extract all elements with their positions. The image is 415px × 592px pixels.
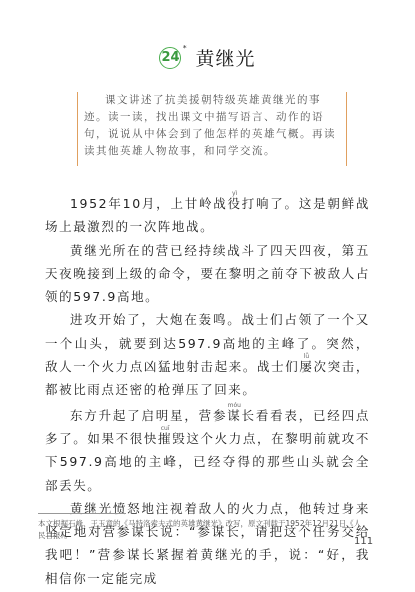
paragraph-3: 进攻开始了，大炮在轰鸣。战士们占领了一个又一个山头，就要到达597.9高地的主峰… bbox=[45, 308, 370, 401]
page-title: 黄继光 bbox=[195, 44, 255, 71]
annotated-char: 摧 bbox=[158, 431, 172, 446]
lesson-number-badge: 24 * bbox=[159, 47, 181, 69]
required-reading-star-icon: * bbox=[183, 44, 187, 52]
lesson-title: 24 * 黄继光 bbox=[0, 44, 415, 71]
annotated-char: 屡 bbox=[299, 359, 313, 374]
pinyin: cuī bbox=[158, 425, 172, 432]
paragraph-5: 黄继光愤怒地注视着敌人的火力点，他转过身来坚定地对营参谋长说：“参谋长，请把这个… bbox=[45, 497, 370, 590]
paragraph-2: 黄继光所在的营已经持续战斗了四天四夜，第五天夜晚接到上级的命令，要在黎明之前夺下… bbox=[45, 239, 370, 309]
paragraph-4: 东方升起了启明星，营参谋móu长看看表，已经四点多了。如果不很快摧cuī毁这个火… bbox=[45, 402, 370, 497]
reading-guide-box: 课文讲述了抗美援朝特级英雄黄继光的事迹。读一读，找出课文中描写语言、动作的语句，… bbox=[77, 92, 347, 166]
pinyin: móu bbox=[227, 402, 241, 409]
lesson-number: 24 bbox=[161, 50, 179, 65]
annotated-char: 谋 bbox=[227, 408, 241, 423]
pinyin: lǚ bbox=[299, 353, 313, 360]
text-span: 1952年10月，上甘岭战 bbox=[70, 196, 228, 211]
pinyin-annotation: 谋móu bbox=[227, 408, 241, 423]
reading-guide-text: 课文讲述了抗美援朝特级英雄黄继光的事迹。读一读，找出课文中描写语言、动作的语句，… bbox=[84, 92, 338, 160]
pinyin: yì bbox=[228, 190, 242, 197]
text-span: 东方升起了启明星，营参 bbox=[70, 408, 227, 423]
pinyin-annotation: 屡lǚ bbox=[299, 359, 313, 374]
footnote: 本文根据石峰、王玉章的《马特洛索夫式的英雄黄继光》改写，原文刊载于1952年12… bbox=[38, 518, 368, 542]
annotated-char: 役 bbox=[228, 196, 242, 211]
pinyin-annotation: 役yì bbox=[228, 196, 242, 211]
paragraph-1: 1952年10月，上甘岭战役yì打响了。这是朝鲜战场上最激烈的一次阵地战。 bbox=[45, 190, 370, 239]
page-number: 111 bbox=[354, 536, 373, 547]
footnote-divider bbox=[38, 513, 126, 514]
pinyin-annotation: 摧cuī bbox=[158, 431, 172, 446]
